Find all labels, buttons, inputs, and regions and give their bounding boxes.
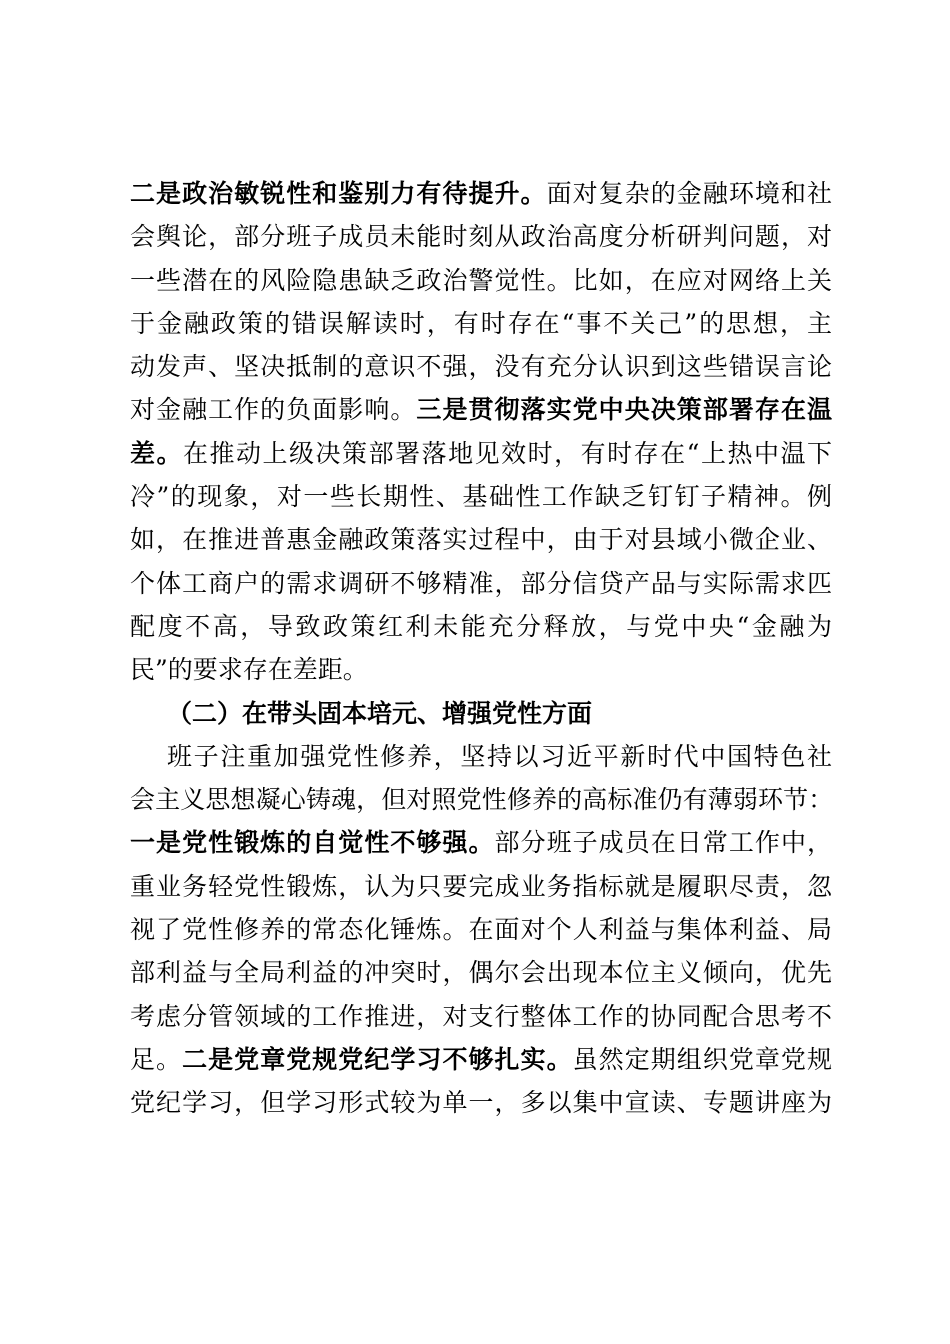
paragraph-line: 视了党性修养的常态化锤炼。在面对个人利益与集体利益、局 <box>130 908 832 951</box>
paragraph-line: 一些潜在的风险隐患缺乏政治警觉性。比如，在应对网络上关 <box>130 259 832 302</box>
bold-point-1: 一是党性锻炼的自觉性不够强。 <box>130 828 495 857</box>
paragraph-line: 于金融政策的错误解读时，有时存在“事不关己”的思想，主 <box>130 302 832 345</box>
paragraph-line: 对金融工作的负面影响。三是贯彻落实党中央决策部署存在温 <box>130 388 832 431</box>
paragraph-line: 如，在推进普惠金融政策落实过程中，由于对县域小微企业、 <box>130 518 832 561</box>
paragraph-line: 动发声、坚决抵制的意识不强，没有充分认识到这些错误言论 <box>130 345 832 388</box>
bold-point-3-end: 差。 <box>130 439 183 468</box>
paragraph-line: 党纪学习，但学习形式较为单一，多以集中宣读、专题讲座为 <box>130 1081 832 1124</box>
paragraph-line: 足。二是党章党规党纪学习不够扎实。虽然定期组织党章党规 <box>130 1038 832 1081</box>
paragraph-line: 配度不高，导致政策红利未能充分释放，与党中央“金融为 <box>130 605 832 648</box>
paragraph-line: 班子注重加强党性修养，坚持以习近平新时代中国特色社 <box>130 735 832 778</box>
paragraph-line: 一是党性锻炼的自觉性不够强。部分班子成员在日常工作中， <box>130 821 832 864</box>
paragraph-line: 考虑分管领域的工作推进，对支行整体工作的协同配合思考不 <box>130 995 832 1038</box>
paragraph-line: 会舆论，部分班子成员未能时刻从政治高度分析研判问题，对 <box>130 215 832 258</box>
bold-point-2: 二是政治敏锐性和鉴别力有待提升。 <box>130 179 547 208</box>
paragraph-line: 重业务轻党性锻炼，认为只要完成业务指标就是履职尽责，忽 <box>130 865 832 908</box>
document-page: 二是政治敏锐性和鉴别力有待提升。面对复杂的金融环境和社 会舆论，部分班子成员未能… <box>130 172 832 1125</box>
paragraph-line: 部利益与全局利益的冲突时，偶尔会出现本位主义倾向，优先 <box>130 951 832 994</box>
paragraph-line: 会主义思想凝心铸魂，但对照党性修养的高标准仍有薄弱环节： <box>130 778 832 821</box>
paragraph-line: 民”的要求存在差距。 <box>130 648 832 691</box>
bold-point-2b: 二是党章党规党纪学习不够扎实。 <box>182 1045 573 1074</box>
paragraph-line: 二是政治敏锐性和鉴别力有待提升。面对复杂的金融环境和社 <box>130 172 832 215</box>
bold-point-3: 三是贯彻落实党中央决策部署存在温 <box>416 395 832 424</box>
paragraph-line: 冷”的现象，对一些长期性、基础性工作缺乏钉钉子精神。例 <box>130 475 832 518</box>
paragraph-line: 差。在推动上级决策部署落地见效时，有时存在“上热中温下 <box>130 432 832 475</box>
paragraph-line: 个体工商户的需求调研不够精准，部分信贷产品与实际需求匹 <box>130 562 832 605</box>
section-heading: （二）在带头固本培元、增强党性方面 <box>130 692 832 735</box>
